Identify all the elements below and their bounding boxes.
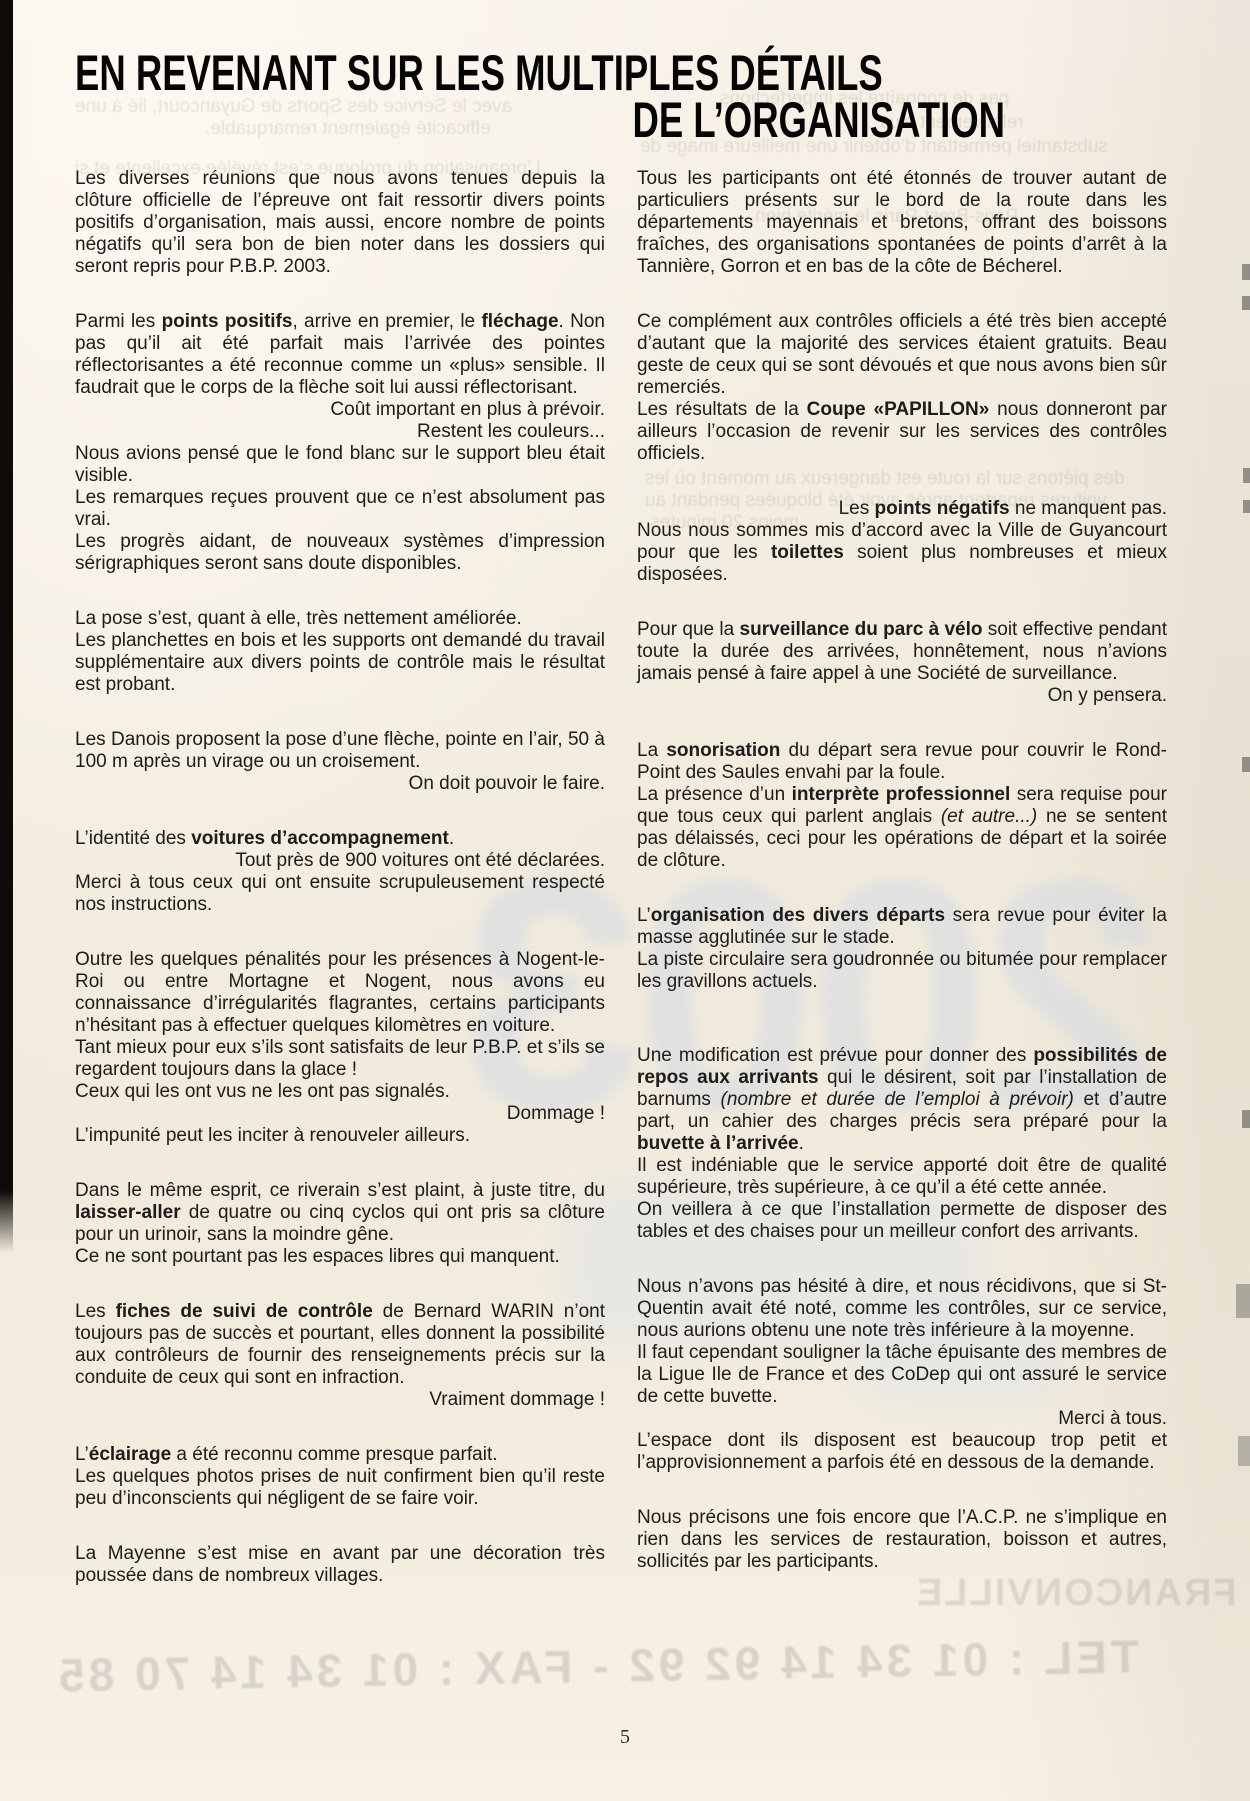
paragraph: Parmi les points positifs, arrive en pre… [75,311,605,399]
article-title-line2: DE L’ORGANISATION [326,97,1005,144]
paragraph: On y pensera. [637,685,1167,707]
paragraph: Les diverses réunions que nous avons ten… [75,168,605,278]
left-column: Les diverses réunions que nous avons ten… [75,168,605,1587]
paragraph: On doit pouvoir le faire. [75,773,605,795]
paragraph: Ce ne sont pourtant pas les espaces libr… [75,1246,605,1268]
edge-ink-fragment [1242,757,1250,772]
paragraph: Merci à tous ceux qui ont ensuite scrupu… [75,872,605,916]
paragraph: L’identité des voitures d’accompagnement… [75,828,605,850]
article-title: EN REVENANT SUR LES MULTIPLES DÉTAILS DE… [75,50,1005,144]
edge-ink-fragment [1238,1436,1250,1466]
bleedthrough-address: B.P. 38 - 95132 FRANCONVILLE [915,1582,1250,1604]
paragraph: Vraiment dommage ! [75,1389,605,1411]
paragraph: La Mayenne s’est mise en avant par une d… [75,1543,605,1587]
paragraph: Ceux qui les ont vus ne les ont pas sign… [75,1081,605,1103]
paragraph: Tant mieux pour eux s’ils sont satisfait… [75,1037,605,1081]
paragraph: L’impunité peut les inciter à renouveler… [75,1125,605,1147]
paragraph: On veillera à ce que l’installation perm… [637,1199,1167,1243]
edge-ink-fragment [1243,468,1250,483]
paragraph: La piste circulaire sera goudronnée ou b… [637,949,1167,993]
edge-ink-fragment [1236,1284,1250,1318]
paragraph: Nous n’avons pas hésité à dire, et nous … [637,1276,1167,1342]
paragraph: Les planchettes en bois et les supports … [75,630,605,696]
paragraph: Restent les couleurs... [75,421,605,443]
article-title-line1: EN REVENANT SUR LES MULTIPLES DÉTAILS [75,50,754,97]
paragraph: Nous nous sommes mis d’accord avec la Vi… [637,520,1167,586]
paragraph: L’éclairage a été reconnu comme presque … [75,1444,605,1466]
edge-ink-fragment [1242,264,1250,280]
paragraph: Les remarques reçues prouvent que ce n’e… [75,487,605,531]
scan-edge-bar [0,0,13,1253]
paragraph: Les Danois proposent la pose d’une flèch… [75,729,605,773]
paragraph: L’espace dont ils disposent est beaucoup… [637,1430,1167,1474]
page-number: 5 [0,1726,1250,1749]
paragraph: Tout près de 900 voitures ont été déclar… [75,850,605,872]
paragraph: La pose s’est, quant à elle, très nettem… [75,608,605,630]
bleedthrough-phone: TEL : 01 34 14 92 92 - FAX : 01 34 14 70… [55,1646,1139,1687]
edge-ink-fragment [1243,500,1250,513]
scanned-document-page: avec le Service des Sports de Guyancourt… [0,0,1250,1801]
paragraph: Il faut cependant souligner la tâche épu… [637,1342,1167,1408]
paragraph: Dans le même esprit, ce riverain s’est p… [75,1180,605,1246]
paragraph: Coût important en plus à prévoir. [75,399,605,421]
paragraph: Les quelques photos prises de nuit confi… [75,1466,605,1510]
right-column: Tous les participants ont été étonnés de… [637,168,1167,1573]
paragraph: Il est indéniable que le service apporté… [637,1155,1167,1199]
paragraph: Les fiches de suivi de contrôle de Berna… [75,1301,605,1389]
edge-ink-fragment [1242,1110,1250,1128]
paragraph: Les points négatifs ne manquent pas. [637,498,1167,520]
paragraph: Les progrès aidant, de nouveaux systèmes… [75,531,605,575]
edge-ink-fragment [1242,296,1250,310]
paragraph: Nous avions pensé que le fond blanc sur … [75,443,605,487]
paragraph: Ce complément aux contrôles officiels a … [637,311,1167,399]
paragraph: Outre les quelques pénalités pour les pr… [75,949,605,1037]
paragraph: La sonorisation du départ sera revue pou… [637,740,1167,784]
paragraph: Les résultats de la Coupe «PAPILLON» nou… [637,399,1167,465]
paragraph: Une modification est prévue pour donner … [637,1045,1167,1155]
paragraph: Tous les participants ont été étonnés de… [637,168,1167,278]
paragraph: La présence d’un interprète professionne… [637,784,1167,872]
paragraph: Merci à tous. [637,1408,1167,1430]
paragraph: Nous précisons une fois encore que l’A.C… [637,1507,1167,1573]
paragraph: L’organisation des divers départs sera r… [637,905,1167,949]
paragraph: Dommage ! [75,1103,605,1125]
paragraph: Pour que la surveillance du parc à vélo … [637,619,1167,685]
